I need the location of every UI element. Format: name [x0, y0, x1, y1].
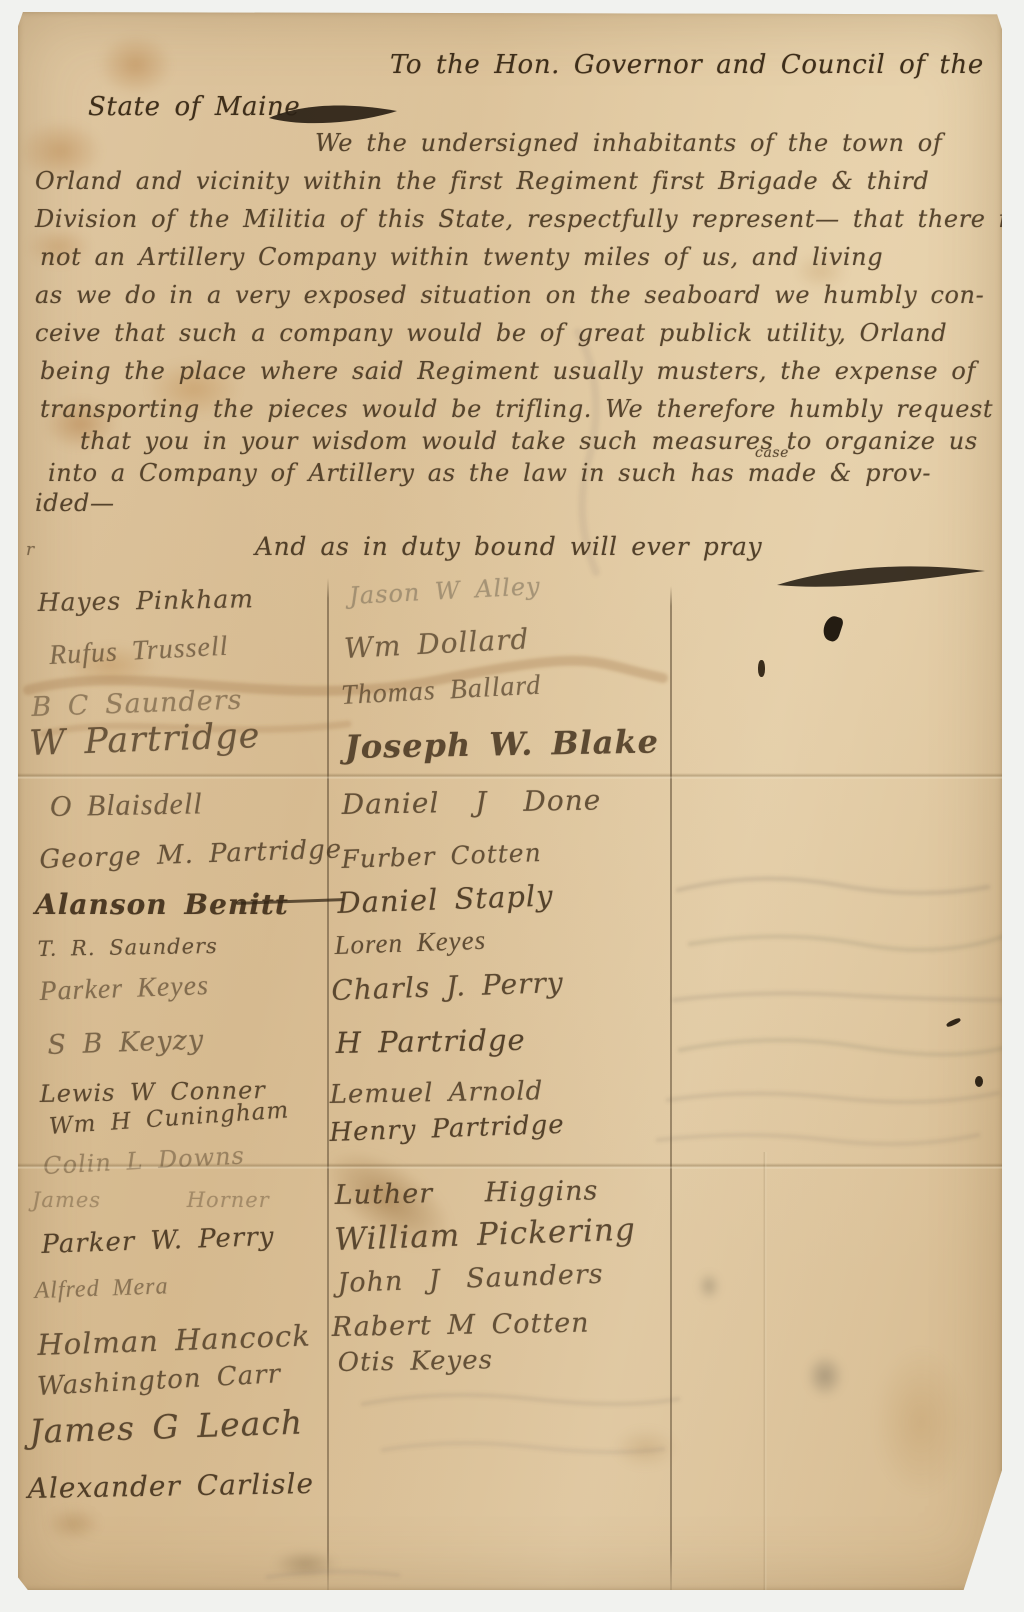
signature: H Partridge [335, 1023, 526, 1060]
petition-body-line: ided— [35, 489, 115, 517]
signature: Otis Keyes [337, 1345, 493, 1378]
petition-body-line: into a Company of Artillery as the law i… [48, 459, 931, 487]
petition-body-line: Division of the Militia of this State, r… [35, 205, 1020, 233]
signature: James Horner [32, 1188, 270, 1212]
signature: Lemuel Arnold [329, 1076, 543, 1110]
petition-document-page: To the Hon. Governor and Council of the … [18, 12, 1002, 1590]
inserted-word: case [755, 445, 789, 461]
ink-flourish [266, 100, 401, 130]
signature: Loren Keyes [334, 925, 487, 961]
petition-body-line: ceive that such a company would be of gr… [35, 319, 947, 347]
ink-blot [758, 660, 765, 677]
closing-line: And as in duty bound will ever pray [255, 532, 762, 561]
signature: W Partridge [29, 716, 261, 764]
petition-body-line: being the place where said Regiment usua… [40, 357, 976, 385]
margin-mark: r [26, 540, 35, 560]
signature: Alanson Benitt [35, 888, 289, 921]
signature: Joseph W. Blake [344, 723, 659, 766]
fold-crease [18, 1163, 1002, 1169]
signature: Luther Higgins [334, 1175, 598, 1211]
signature: Hayes Pinkham [37, 584, 254, 617]
petition-body-line: that you in your wisdom would take such … [80, 427, 978, 455]
signature: S B Keyzy [47, 1025, 205, 1061]
fold-crease [763, 1152, 767, 1590]
salutation-line-1: To the Hon. Governor and Council of the [390, 50, 984, 80]
signature: Alfred Mera [34, 1273, 169, 1305]
signature: Alexander Carlisle [27, 1467, 314, 1505]
ink-blot [975, 1076, 983, 1087]
scanned-petition-screenshot: { "document": { "salutation_line1": "To … [0, 0, 1024, 1612]
petition-body-line: Orland and vicinity within the first Reg… [35, 167, 929, 195]
scan-background: To the Hon. Governor and Council of the … [0, 0, 1024, 1612]
signature: Daniel J Done [341, 783, 601, 821]
fold-crease [18, 773, 1002, 779]
signature: Parker Keyes [39, 970, 210, 1008]
petition-body-line: as we do in a very exposed situation on … [35, 281, 984, 309]
petition-body-line: not an Artillery Company within twenty m… [40, 243, 883, 271]
petition-body-line: We the undersigned inhabitants of the to… [315, 129, 942, 157]
petition-body-line: transporting the pieces would be triflin… [40, 395, 993, 423]
ink-flourish [774, 558, 989, 596]
column-divider-line [670, 586, 672, 1590]
signature: Rabert M Cotten [331, 1308, 589, 1343]
signature: O Blaisdell [49, 787, 202, 824]
signature: T. R. Saunders [38, 934, 218, 961]
